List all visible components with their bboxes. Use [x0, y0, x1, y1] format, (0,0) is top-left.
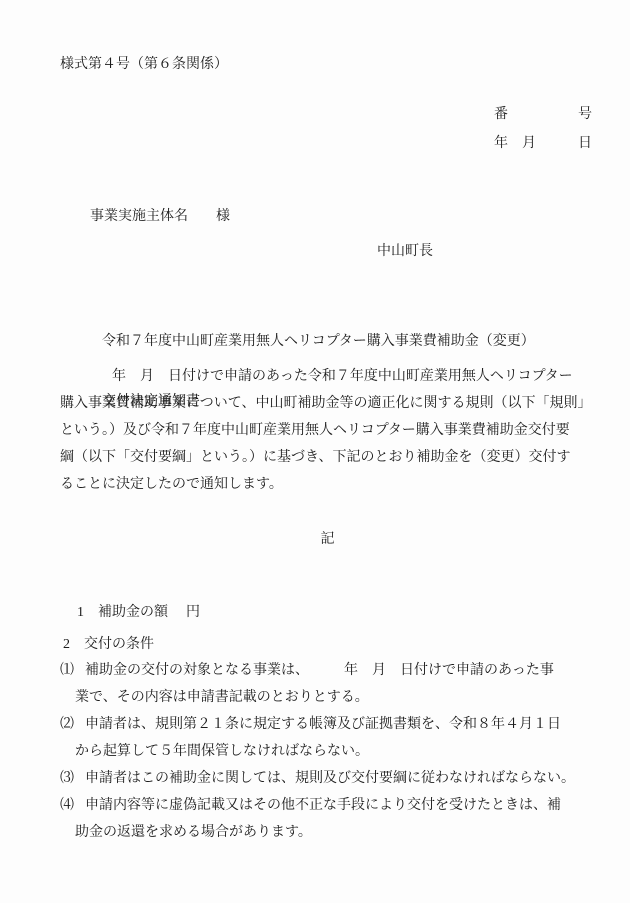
body-line: 綱（以下「交付要綱」という。）に基づき、下記のとおり補助金を（変更）交付す: [60, 444, 595, 471]
body-line: という。）及び令和７年度中山町産業用無人ヘリコプター購入事業費補助金交付要: [60, 417, 595, 444]
condition-1-line-1: ⑴補助金の交付の対象となる事業は、 年 月 日付けで申請のあった事: [60, 657, 620, 684]
body-line: 年 月 日付けで申請のあった令和７年度中山町産業用無人ヘリコプター: [60, 363, 595, 390]
condition-2-line-1: ⑵申請者は、規則第２１条に規定する帳簿及び証拠書類を、令和８年４月１日: [60, 711, 620, 738]
condition-3-marker: ⑶: [60, 765, 85, 792]
condition-2-text: 申請者は、規則第２１条に規定する帳簿及び証拠書類を、令和８年４月１日: [85, 717, 561, 732]
condition-4-line-2: 助金の返還を求める場合があります。: [60, 819, 620, 846]
section-conditions-label: 2 交付の条件: [63, 635, 154, 655]
condition-4-line-1: ⑷申請内容等に虚偽記載又はその他不正な手段により交付を受けたときは、補: [60, 792, 620, 819]
document-number-field: 番 号: [494, 105, 592, 125]
condition-1-line-2: 業で、その内容は申請書記載のとおりとする。: [60, 684, 620, 711]
recipient-name: 事業実施主体名: [90, 209, 188, 224]
section-amount-label: 1 補助金の額: [77, 605, 168, 620]
document-page: 様式第４号（第６条関係） 番 号 年 月 日 事業実施主体名様 中山町長 令和７…: [0, 0, 630, 903]
condition-3-line-1: ⑶申請者はこの補助金に関しては、規則及び交付要綱に従わなければならない。: [60, 765, 620, 792]
section-amount: 1 補助金の額円: [63, 583, 200, 643]
condition-1-marker: ⑴: [60, 657, 85, 684]
condition-2-marker: ⑵: [60, 711, 85, 738]
body-line: 購入事業費補助事業について、中山町補助金等の適正化に関する規則（以下「規則」: [60, 390, 595, 417]
condition-1-text: 補助金の交付の対象となる事業は、 年 月 日付けで申請のあった事: [85, 663, 554, 678]
body-paragraph: 年 月 日付けで申請のあった令和７年度中山町産業用無人ヘリコプター 購入事業費補…: [60, 363, 595, 498]
sender-title: 中山町長: [377, 242, 433, 262]
document-title-line1: 令和７年度中山町産業用無人ヘリコプター購入事業費補助金（変更）: [102, 332, 535, 352]
body-line: ることに決定したので通知します。: [60, 471, 595, 498]
condition-4-text: 申請内容等に虚偽記載又はその他不正な手段により交付を受けたときは、補: [85, 798, 561, 813]
recipient-line: 事業実施主体名様: [76, 187, 230, 247]
condition-2-line-2: から起算して５年間保管しなければならない。: [60, 738, 620, 765]
conditions-list: ⑴補助金の交付の対象となる事業は、 年 月 日付けで申請のあった事 業で、その内…: [60, 657, 620, 846]
form-number: 様式第４号（第６条関係）: [60, 55, 228, 75]
recipient-honorific: 様: [216, 209, 230, 224]
section-amount-unit: 円: [186, 605, 200, 620]
ki-marker: 記: [60, 530, 595, 550]
condition-3-text: 申請者はこの補助金に関しては、規則及び交付要綱に従わなければならない。: [85, 771, 575, 786]
document-date-field: 年 月 日: [494, 134, 592, 154]
condition-4-marker: ⑷: [60, 792, 85, 819]
